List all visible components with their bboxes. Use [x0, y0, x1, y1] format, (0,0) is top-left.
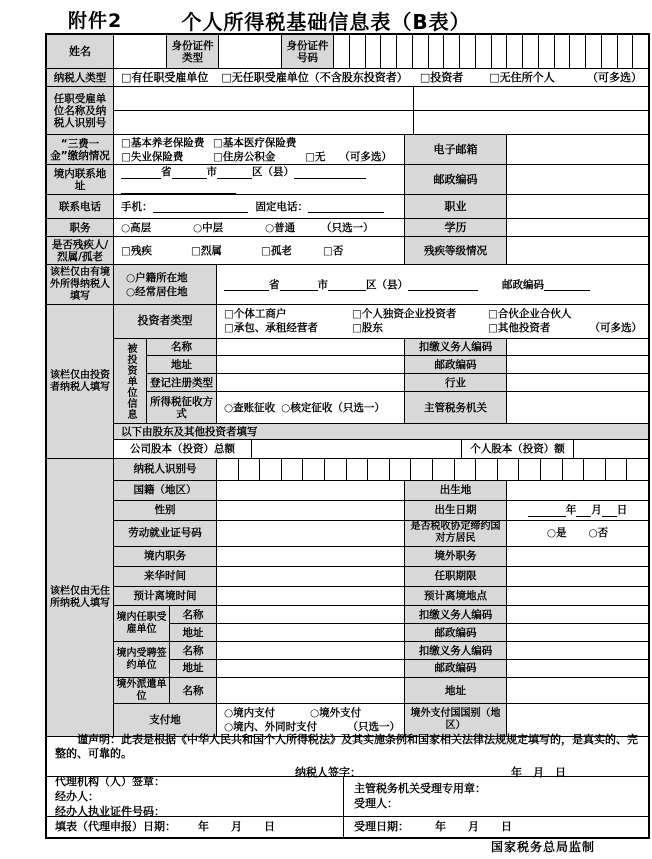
- email-input[interactable]: [507, 135, 648, 164]
- digit-box[interactable]: [303, 459, 325, 480]
- digit-box[interactable]: [563, 459, 585, 480]
- company-capital-label: 公司股本（投资）总额: [114, 440, 252, 458]
- employer-tin-input-1[interactable]: [414, 87, 648, 110]
- employer-name-input-2[interactable]: [114, 111, 414, 134]
- digit-box[interactable]: [260, 459, 282, 480]
- authority-seal-label: 主管税务机关受理专用章：: [354, 783, 486, 795]
- radio-audit-levy[interactable]: ○查账征收: [224, 402, 275, 414]
- digit-box[interactable]: [350, 35, 366, 68]
- digit-box[interactable]: [602, 35, 618, 68]
- residence-options: ○户籍所在地 ○经常居住地: [114, 265, 217, 304]
- digit-box[interactable]: [334, 35, 350, 68]
- dispatch-unit-name-input[interactable]: [217, 678, 405, 703]
- overseas-income-label: 该栏仅由有境外所得纳税人填写: [47, 265, 114, 304]
- blank-line[interactable]: [294, 166, 366, 179]
- phone-fields: 手机： 固定电话：: [114, 195, 405, 218]
- employment-unit-label: 境内任职受雇单位: [114, 606, 170, 641]
- phone-label: 联系电话: [47, 195, 114, 218]
- acceptor-label: 受理人：: [354, 798, 398, 810]
- withholding-code-input[interactable]: [507, 642, 648, 658]
- tenure-input[interactable]: [507, 567, 648, 586]
- treaty-options: ○是 ○否: [507, 521, 648, 546]
- registration-type-label: 登记注册类型: [147, 374, 217, 391]
- work-permit-label: 劳动就业证号码: [114, 521, 217, 546]
- checkbox-unemployment[interactable]: □失业保险费: [121, 151, 213, 163]
- digit-box[interactable]: [433, 459, 455, 480]
- disability-level-input[interactable]: [507, 237, 648, 264]
- single-select-note: （只选一）: [321, 222, 374, 234]
- accept-date-cell: 受理日期： 年 月 日: [344, 817, 648, 837]
- radio-senior[interactable]: ○高层: [121, 222, 193, 234]
- position-label: 职务: [47, 219, 114, 236]
- fill-date-label: 填表（代理申报）日期：: [55, 821, 176, 833]
- birthplace-label: 出生地: [405, 481, 507, 500]
- contract-unit-address-input[interactable]: [217, 660, 405, 677]
- nationality-label: 国籍（地区）: [114, 481, 217, 500]
- checkbox-partner[interactable]: □合伙企业合伙人: [488, 308, 571, 320]
- tenure-label: 任职期限: [405, 567, 507, 586]
- agency-row: 代理机构（人）签章： 经办人： 经办人执业证件号码： 主管税务机关受理专用章： …: [47, 777, 648, 817]
- industry-input[interactable]: [507, 374, 648, 391]
- departure-time-input[interactable]: [217, 587, 405, 606]
- digit-box[interactable]: [633, 35, 648, 68]
- unit-address-label: 地址: [170, 660, 217, 677]
- authority-block: 主管税务机关受理专用章： 受理人：: [344, 777, 648, 816]
- payment-place-label: 支付地: [114, 704, 217, 736]
- form-title: 附件2 个人所得税基础信息表（B表）: [0, 6, 652, 35]
- personal-capital-input[interactable]: [574, 440, 648, 458]
- single-select-note: （只选一）: [348, 721, 403, 733]
- insurance-row: “三费一金”缴纳情况 □基本养老保险费 □基本医疗保险费 □失业保险费 □住房公…: [47, 135, 648, 165]
- position-options: ○高层 ○中层 ○普通 （只选一）: [114, 219, 405, 236]
- overseas-income-row: 该栏仅由有境外所得纳税人填写 ○户籍所在地 ○经常居住地 省 市 区（县） 邮政…: [47, 265, 648, 305]
- dispatch-unit-label: 境外派遣单位: [114, 678, 170, 703]
- agent-label: 经办人：: [55, 791, 99, 803]
- blank-line[interactable]: [217, 166, 252, 179]
- treaty-resident-label: 是否税收协定缔约国对方居民: [405, 521, 507, 546]
- domestic-position-input[interactable]: [217, 547, 405, 566]
- company-capital-input[interactable]: [252, 440, 462, 458]
- checkbox-sole-proprietor[interactable]: □个体工商户: [224, 308, 352, 320]
- overseas-position-label: 境外职务: [405, 547, 507, 566]
- mobile-label: 手机：: [121, 201, 153, 213]
- invested-unit-label: 被投资单位信息: [114, 339, 147, 423]
- digit-box[interactable]: [476, 35, 492, 68]
- withholding-code-input[interactable]: [507, 606, 648, 622]
- disability-label: 是否残疾人/烈属/孤老: [47, 237, 114, 264]
- digit-box[interactable]: [366, 35, 382, 68]
- radio-no[interactable]: ○否: [589, 527, 609, 539]
- digit-box[interactable]: [523, 35, 539, 68]
- checkbox-disabled[interactable]: □残疾: [121, 245, 191, 257]
- blank-line[interactable]: [576, 504, 591, 517]
- phone-row: 联系电话 手机： 固定电话： 职业: [47, 195, 648, 219]
- unit-name-label: 名称: [170, 606, 217, 622]
- levy-method-label: 所得税征收方式: [147, 392, 217, 423]
- digit-box[interactable]: [390, 459, 412, 480]
- day-label: 日: [617, 504, 628, 516]
- city-label: 市: [318, 279, 329, 291]
- agency-block: 代理机构（人）签章： 经办人： 经办人执业证件号码：: [47, 777, 344, 816]
- payment-country-input[interactable]: [507, 704, 648, 736]
- checkbox-contractor[interactable]: □承包、承租经营者: [224, 322, 352, 334]
- tax-form-page: 附件2 个人所得税基础信息表（B表） 姓名 身份证件类型 身份证件号码 纳税人类…: [0, 0, 652, 859]
- digit-box[interactable]: [347, 459, 369, 480]
- multi-select-note: （可多选）: [590, 322, 647, 334]
- disability-row: 是否残疾人/烈属/孤老 □残疾 □烈属 □孤老 □否 残疾等级情况: [47, 237, 648, 265]
- tin-boxes: [217, 459, 648, 480]
- digit-box[interactable]: [519, 459, 541, 480]
- employer-name-input-1[interactable]: [114, 87, 414, 110]
- checkbox-employed[interactable]: □有任职受雇单位: [121, 72, 208, 84]
- unit-address-input[interactable]: [217, 356, 405, 373]
- birthdate-label: 出生日期: [405, 501, 507, 520]
- blank-line[interactable]: [528, 504, 566, 517]
- payment-place-options: ○境内支付 ○境外支付 ○境内、外同时支付 （只选一）: [217, 704, 405, 736]
- digit-box[interactable]: [476, 459, 498, 480]
- dates-row: 填表（代理申报）日期： 年 月 日 受理日期： 年 月 日: [47, 817, 648, 837]
- digit-box[interactable]: [413, 35, 429, 68]
- departure-place-input[interactable]: [507, 587, 648, 606]
- withholding-code-input[interactable]: [507, 339, 648, 356]
- postal-code-input[interactable]: [507, 356, 648, 373]
- declaration-text: 谨声明：此表是根据《中华人民共和国个人所得税法》及其实施条例和国家相关法律法规规…: [55, 733, 640, 761]
- education-label: 学历: [405, 219, 507, 236]
- digit-box[interactable]: [282, 459, 304, 480]
- digit-box[interactable]: [217, 459, 239, 480]
- withholding-code-label: 扣缴义务人编码: [405, 339, 507, 356]
- checkbox-no-domicile[interactable]: □无住所个人: [489, 72, 554, 84]
- digit-box[interactable]: [618, 35, 634, 68]
- checkbox-not-employed[interactable]: □无任职受雇单位（不含股东投资者）: [221, 72, 407, 84]
- checkbox-no[interactable]: □否: [323, 245, 343, 257]
- postal-code-label: 邮政编码: [502, 279, 544, 291]
- digit-box[interactable]: [541, 459, 563, 480]
- blank-line[interactable]: [121, 166, 161, 179]
- birthplace-input[interactable]: [507, 481, 648, 500]
- id-number-boxes: [334, 35, 648, 68]
- fill-date-cell: 填表（代理申报）日期： 年 月 日: [47, 817, 344, 837]
- employer-label: 任职受雇单位名称及纳税人识别号: [47, 87, 114, 134]
- employer-row: 任职受雇单位名称及纳税人识别号: [47, 87, 648, 135]
- accept-date-value[interactable]: 年 月 日: [435, 821, 512, 833]
- checkbox-none[interactable]: □无: [305, 151, 325, 163]
- month-label: 月: [591, 504, 602, 516]
- radio-household-registration[interactable]: ○户籍所在地: [126, 272, 188, 284]
- checkbox-shareholder[interactable]: □股东: [352, 322, 488, 334]
- digit-box[interactable]: [498, 459, 520, 480]
- postal-code-input[interactable]: [507, 660, 648, 677]
- blank-line[interactable]: [121, 181, 236, 194]
- digit-box[interactable]: [455, 459, 477, 480]
- unit-name-label: 名称: [170, 642, 217, 658]
- departure-time-label: 预计离境时间: [114, 587, 217, 606]
- unit-name-label: 名称: [147, 339, 217, 356]
- digit-box[interactable]: [460, 35, 476, 68]
- employment-unit-name-input[interactable]: [217, 606, 405, 622]
- issuing-authority-note: 国家税务总局监制: [491, 838, 595, 855]
- industry-label: 行业: [405, 374, 507, 391]
- landline-label: 固定电话：: [256, 201, 309, 213]
- name-label: 姓名: [47, 35, 114, 68]
- levy-method-options: ○查账征收 ○核定征收 （只选一）: [217, 392, 405, 423]
- nationality-input[interactable]: [217, 481, 405, 500]
- radio-domestic-payment[interactable]: ○境内支付: [224, 707, 310, 719]
- arrival-time-label: 来华时间: [114, 567, 217, 586]
- digit-box[interactable]: [606, 459, 628, 480]
- no-domicile-section: 该栏仅由无住所纳税人填写 纳税人识别号 国籍（地区） 出生地 性别: [47, 459, 648, 737]
- dispatch-unit-address-input[interactable]: [507, 678, 648, 703]
- name-input[interactable]: [114, 35, 167, 68]
- radio-ordinary[interactable]: ○普通: [265, 222, 321, 234]
- postal-code-input[interactable]: [507, 624, 648, 641]
- digit-box[interactable]: [586, 35, 602, 68]
- blank-line[interactable]: [280, 278, 318, 291]
- agent-certificate-label: 经办人执业证件号码：: [55, 806, 165, 817]
- overseas-address-fields: 省 市 区（县） 邮政编码: [217, 265, 648, 304]
- agency-seal-label: 代理机构（人）签章：: [55, 777, 165, 788]
- checkbox-sole-investor[interactable]: □个人独资企业投资者: [352, 308, 488, 320]
- postal-code-input[interactable]: [507, 165, 648, 194]
- province-label: 省: [269, 279, 280, 291]
- email-label: 电子邮箱: [405, 135, 507, 164]
- unit-name-input[interactable]: [217, 339, 405, 356]
- investor-section: 该栏仅由投资者纳税人填写 投资者类型 □个体工商户 □个人独资企业投资者 □合伙…: [47, 305, 648, 459]
- form-title-text: 个人所得税基础信息表（B表）: [181, 10, 470, 34]
- radio-overseas-payment[interactable]: ○境外支付: [310, 707, 361, 719]
- digit-box[interactable]: [325, 459, 347, 480]
- digit-box[interactable]: [492, 35, 508, 68]
- id-number-label: 身份证件号码: [282, 35, 334, 68]
- unit-address-label: 地址: [147, 356, 217, 373]
- mobile-input[interactable]: [153, 200, 248, 213]
- blank-line[interactable]: [172, 166, 207, 179]
- year-label: 年: [566, 504, 577, 516]
- checkbox-pension[interactable]: □基本养老保险费: [121, 137, 213, 149]
- digit-box[interactable]: [507, 35, 523, 68]
- overseas-position-input[interactable]: [507, 547, 648, 566]
- digit-box[interactable]: [368, 459, 390, 480]
- tin-label: 纳税人识别号: [114, 459, 217, 480]
- landline-input[interactable]: [308, 200, 384, 213]
- birthdate-fields: 年 月 日: [507, 501, 648, 520]
- postal-code-label: 邮政编码: [405, 356, 507, 373]
- position-row: 职务 ○高层 ○中层 ○普通 （只选一） 学历: [47, 219, 648, 237]
- contract-unit-name-input[interactable]: [217, 642, 405, 658]
- personal-capital-label: 个人股本（投资）额: [462, 440, 574, 458]
- unit-address-label: 地址: [170, 624, 217, 641]
- contract-unit-label: 境内受聘签约单位: [114, 642, 170, 677]
- checkbox-investor[interactable]: □投资者: [420, 72, 463, 84]
- declaration-row: 谨声明：此表是根据《中华人民共和国个人所得税法》及其实施条例和国家相关法律法规规…: [47, 737, 648, 777]
- fill-date-value[interactable]: 年 月 日: [198, 821, 275, 833]
- digit-box[interactable]: [584, 459, 606, 480]
- postal-code-label: 邮政编码: [405, 624, 507, 641]
- taxpayer-type-options: □有任职受雇单位 □无任职受雇单位（不含股东投资者） □投资者 □无住所个人 （…: [114, 69, 648, 86]
- address-row: 境内联系地址 省 市 区（县） 邮政编码: [47, 165, 648, 195]
- gender-input[interactable]: [217, 501, 405, 520]
- tax-authority-input[interactable]: [507, 392, 648, 423]
- digit-box[interactable]: [239, 459, 261, 480]
- disability-level-label: 残疾等级情况: [405, 237, 507, 264]
- digit-box[interactable]: [411, 459, 433, 480]
- multi-select-note: （可多选）: [339, 151, 392, 163]
- tax-authority-label: 主管税务机关: [405, 392, 507, 423]
- name-row: 姓名 身份证件类型 身份证件号码: [47, 35, 648, 69]
- disability-options: □残疾 □烈属 □孤老 □否: [114, 237, 405, 264]
- gender-label: 性别: [114, 501, 217, 520]
- work-permit-input[interactable]: [217, 521, 405, 546]
- digit-box[interactable]: [429, 35, 445, 68]
- city-label: 市: [207, 166, 218, 178]
- insurance-label: “三费一金”缴纳情况: [47, 135, 114, 164]
- digit-box[interactable]: [555, 35, 571, 68]
- occupation-label: 职业: [405, 195, 507, 218]
- signature-input[interactable]: [361, 764, 421, 777]
- checkbox-housing-fund[interactable]: □住房公积金: [213, 151, 305, 163]
- unit-name-label: 名称: [170, 678, 217, 703]
- blank-line[interactable]: [602, 504, 617, 517]
- domestic-position-label: 境内职务: [114, 547, 217, 566]
- dispatch-unit-address-label: 地址: [405, 678, 507, 703]
- arrival-time-input[interactable]: [217, 567, 405, 586]
- district-label: 区（县）: [366, 279, 408, 291]
- digit-box[interactable]: [570, 35, 586, 68]
- district-label: 区（县）: [252, 166, 294, 178]
- digit-box[interactable]: [444, 35, 460, 68]
- occupation-input[interactable]: [507, 195, 648, 218]
- radio-both-payment[interactable]: ○境内、外同时支付: [224, 721, 317, 733]
- withholding-code-label: 扣缴义务人编码: [405, 606, 507, 622]
- form-table: 姓名 身份证件类型 身份证件号码 纳税人类型 □有任职受雇单位 □无任职受雇单位…: [45, 33, 650, 839]
- radio-middle[interactable]: ○中层: [193, 222, 265, 234]
- employment-unit-address-input[interactable]: [217, 624, 405, 641]
- accept-date-label: 受理日期：: [354, 821, 409, 833]
- checkbox-other-investor[interactable]: □其他投资者: [488, 322, 550, 334]
- withholding-code-label: 扣缴义务人编码: [405, 642, 507, 658]
- radio-yes[interactable]: ○是: [547, 527, 567, 539]
- checkbox-elderly-alone[interactable]: □孤老: [261, 245, 323, 257]
- departure-place-label: 预计离境地点: [405, 587, 507, 606]
- id-type-input[interactable]: [219, 35, 282, 68]
- digit-box[interactable]: [539, 35, 555, 68]
- province-label: 省: [161, 166, 172, 178]
- no-domicile-section-label: 该栏仅由无住所纳税人填写: [47, 459, 114, 736]
- checkbox-medical[interactable]: □基本医疗保险费: [213, 137, 296, 149]
- address-label: 境内联系地址: [47, 165, 114, 194]
- blank-line[interactable]: [544, 278, 590, 291]
- postal-code-label: 邮政编码: [405, 660, 507, 677]
- address-fields: 省 市 区（县）: [114, 165, 405, 194]
- shareholder-note: 以下由股东及其他投资者填写: [114, 424, 648, 439]
- investor-type-options: □个体工商户 □个人独资企业投资者 □合伙企业合伙人 □承包、承租经营者 □股东…: [217, 305, 648, 338]
- blank-line[interactable]: [408, 278, 478, 291]
- insurance-options: □基本养老保险费 □基本医疗保险费 □失业保险费 □住房公积金 □无 （可多选）: [114, 135, 405, 164]
- digit-box[interactable]: [381, 35, 397, 68]
- investor-section-label: 该栏仅由投资者纳税人填写: [47, 305, 114, 458]
- investor-type-label: 投资者类型: [114, 305, 217, 338]
- multi-select-note: （可多选）: [587, 72, 646, 84]
- taxpayer-type-row: 纳税人类型 □有任职受雇单位 □无任职受雇单位（不含股东投资者） □投资者 □无…: [47, 69, 648, 87]
- attachment-label: 附件2: [68, 6, 122, 33]
- digit-box[interactable]: [397, 35, 413, 68]
- digit-box[interactable]: [627, 459, 648, 480]
- single-select-note: （只选一）: [332, 402, 385, 414]
- registration-type-input[interactable]: [217, 374, 405, 391]
- employer-tin-input-2[interactable]: [414, 111, 648, 134]
- id-type-label: 身份证件类型: [167, 35, 219, 68]
- radio-habitual-residence[interactable]: ○经常居住地: [126, 286, 188, 298]
- taxpayer-type-label: 纳税人类型: [47, 69, 114, 86]
- blank-line[interactable]: [224, 278, 269, 291]
- education-input[interactable]: [507, 219, 648, 236]
- postal-code-label: 邮政编码: [405, 165, 507, 194]
- payment-country-label: 境外支付国国别（地区）: [405, 704, 507, 736]
- blank-line[interactable]: [328, 278, 366, 291]
- radio-assessed-levy[interactable]: ○核定征收: [281, 402, 332, 414]
- checkbox-martyr-family[interactable]: □烈属: [191, 245, 261, 257]
